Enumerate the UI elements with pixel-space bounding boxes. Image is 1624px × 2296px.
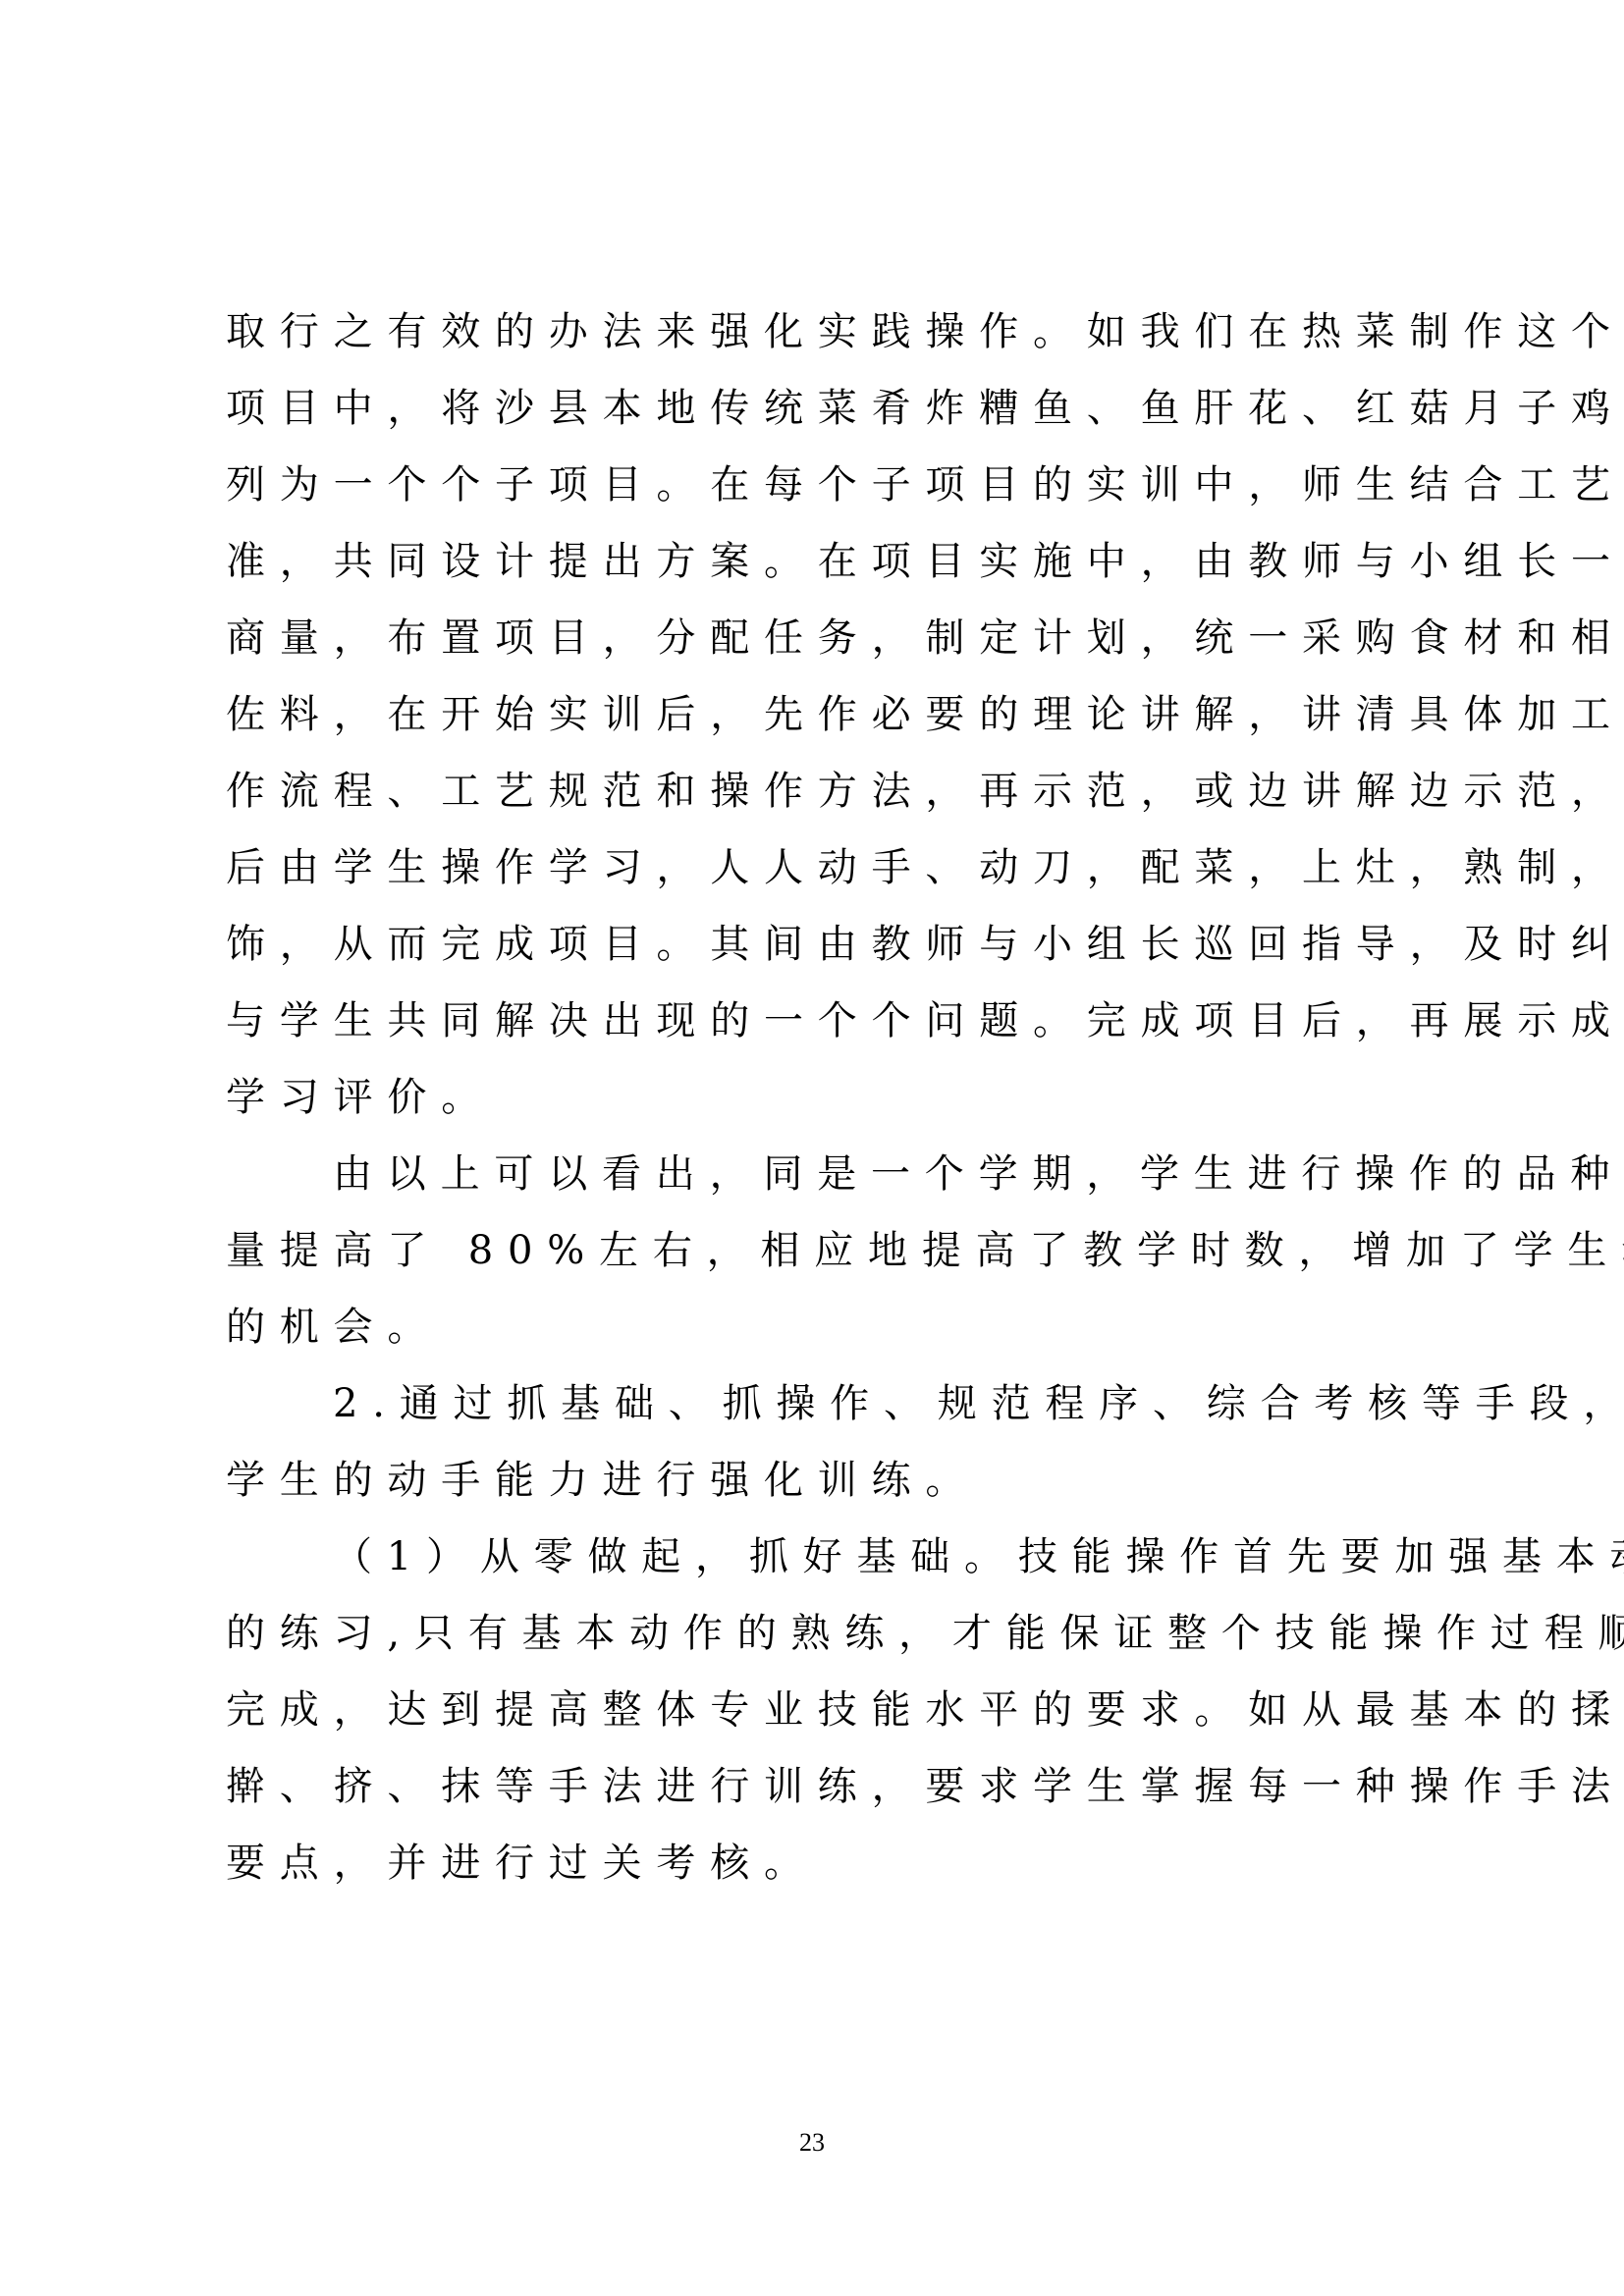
text-line: 与学生共同解决出现的一个个问题。完成项目后，再展示成果，	[226, 983, 1416, 1059]
paragraph-start-line: 由以上可以看出，同是一个学期，学生进行操作的品种数	[226, 1136, 1416, 1212]
text-line: 饰，从而完成项目。其间由教师与小组长巡回指导，及时纠错，	[226, 906, 1416, 983]
text-line: 商量，布置项目，分配任务，制定计划，统一采购食材和相关	[226, 600, 1416, 676]
text-line: 列为一个个子项目。在每个子项目的实训中，师生结合工艺标	[226, 447, 1416, 523]
text-line: 完成，达到提高整体专业技能水平的要求。如从最基本的揉、	[226, 1672, 1416, 1748]
text-line: 后由学生操作学习，人人动手、动刀，配菜，上灶，熟制，盘	[226, 829, 1416, 906]
text-line: 项目中，将沙县本地传统菜肴炸糟鱼、鱼肝花、红菇月子鸡等	[226, 370, 1416, 447]
text-line: 学生的动手能力进行强化训练。	[226, 1442, 1416, 1519]
text-line: 要点，并进行过关考核。	[226, 1825, 1416, 1901]
text-line: 擀、挤、抹等手法进行训练，要求学生掌握每一种操作手法的	[226, 1748, 1416, 1825]
page-number: 23	[0, 2128, 1624, 2158]
text-line: 佐料，在开始实训后，先作必要的理论讲解，讲清具体加工制	[226, 676, 1416, 753]
body-text: 取行之有效的办法来强化实践操作。如我们在热菜制作这个大 项目中，将沙县本地传统菜…	[226, 294, 1416, 1901]
text-line: 的练习,只有基本动作的熟练，才能保证整个技能操作过程顺利	[226, 1595, 1416, 1672]
text-line: 取行之有效的办法来强化实践操作。如我们在热菜制作这个大	[226, 294, 1416, 370]
text-line: 量提高了 80%左右，相应地提高了教学时数，增加了学生动手	[226, 1212, 1416, 1289]
text-line: 学习评价。	[226, 1059, 1416, 1136]
text-line: 的机会。	[226, 1289, 1416, 1365]
section-heading-line: 2.通过抓基础、抓操作、规范程序、综合考核等手段，对	[226, 1365, 1416, 1442]
subsection-heading-line: （1）从零做起，抓好基础。技能操作首先要加强基本动作	[226, 1519, 1416, 1595]
text-line: 作流程、工艺规范和操作方法，再示范，或边讲解边示范，然	[226, 753, 1416, 829]
text-line: 准，共同设计提出方案。在项目实施中，由教师与小组长一起	[226, 523, 1416, 600]
document-page: 取行之有效的办法来强化实践操作。如我们在热菜制作这个大 项目中，将沙县本地传统菜…	[0, 0, 1624, 2296]
